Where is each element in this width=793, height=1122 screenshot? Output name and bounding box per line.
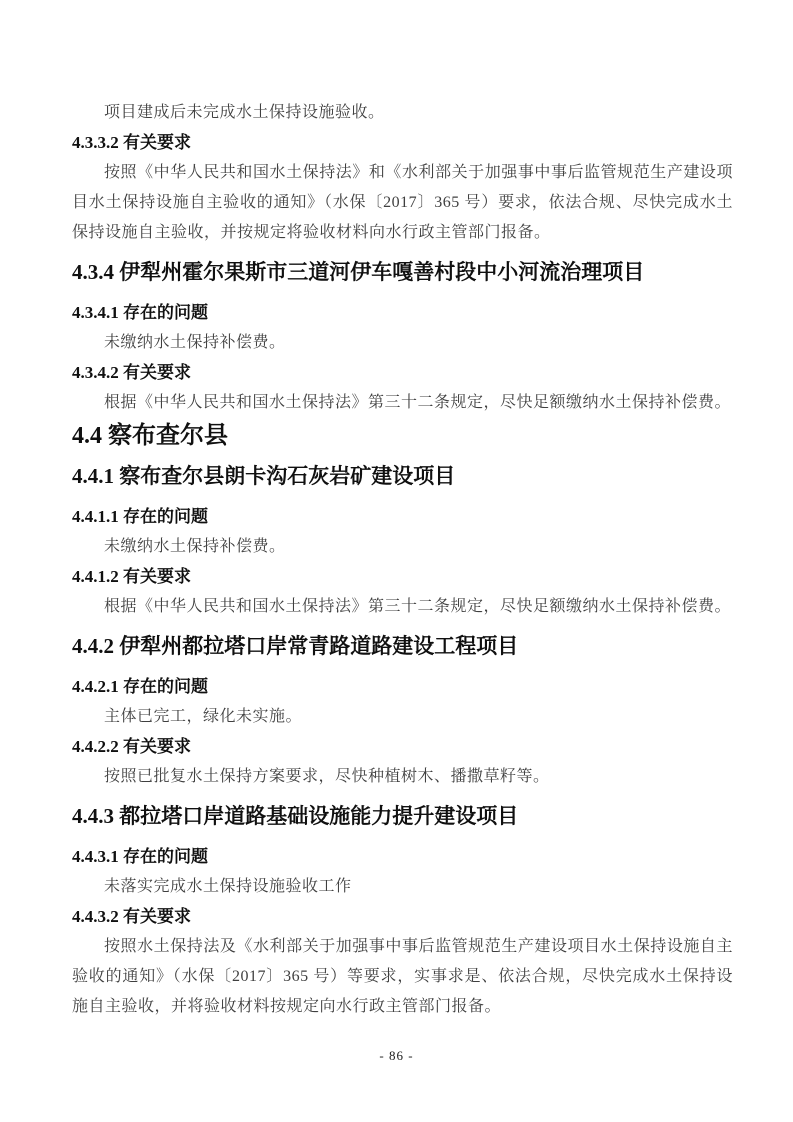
page-number: - 86 -: [0, 1048, 793, 1064]
body-paragraph: 未缴纳水土保持补偿费。: [72, 328, 733, 358]
heading-4-3-4: 4.3.4 伊犁州霍尔果斯市三道河伊车嘎善村段中小河流治理项目: [72, 256, 733, 288]
heading-4-3-4-1: 4.3.4.1 存在的问题: [72, 298, 733, 328]
heading-4-4-3-2: 4.4.3.2 有关要求: [72, 902, 733, 932]
heading-4-4-2-2: 4.4.2.2 有关要求: [72, 732, 733, 762]
body-paragraph: 按照《中华人民共和国水土保持法》和《水利部关于加强事中事后监管规范生产建设项目水…: [72, 158, 733, 248]
heading-4-4-3: 4.4.3 都拉塔口岸道路基础设施能力提升建设项目: [72, 800, 733, 832]
heading-4-4-3-1: 4.4.3.1 存在的问题: [72, 842, 733, 872]
body-paragraph: 根据《中华人民共和国水土保持法》第三十二条规定，尽快足额缴纳水土保持补偿费。: [72, 592, 733, 622]
document-page: 项目建成后未完成水土保持设施验收。 4.3.3.2 有关要求 按照《中华人民共和…: [0, 0, 793, 1122]
heading-4-4-1-2: 4.4.1.2 有关要求: [72, 562, 733, 592]
body-paragraph: 根据《中华人民共和国水土保持法》第三十二条规定，尽快足额缴纳水土保持补偿费。: [72, 388, 733, 418]
body-paragraph: 按照水土保持法及《水利部关于加强事中事后监管规范生产建设项目水土保持设施自主验收…: [72, 932, 733, 1022]
body-paragraph: 按照已批复水土保持方案要求，尽快种植树木、播撒草籽等。: [72, 762, 733, 792]
heading-4-3-3-2: 4.3.3.2 有关要求: [72, 128, 733, 158]
body-paragraph: 未缴纳水土保持补偿费。: [72, 532, 733, 562]
heading-4-4: 4.4 察布查尔县: [72, 420, 733, 452]
body-paragraph: 主体已完工，绿化未实施。: [72, 702, 733, 732]
heading-4-4-2-1: 4.4.2.1 存在的问题: [72, 672, 733, 702]
heading-4-4-2: 4.4.2 伊犁州都拉塔口岸常青路道路建设工程项目: [72, 630, 733, 662]
body-paragraph: 未落实完成水土保持设施验收工作: [72, 872, 733, 902]
heading-4-4-1: 4.4.1 察布查尔县朗卡沟石灰岩矿建设项目: [72, 460, 733, 492]
body-paragraph: 项目建成后未完成水土保持设施验收。: [72, 98, 733, 128]
heading-4-3-4-2: 4.3.4.2 有关要求: [72, 358, 733, 388]
heading-4-4-1-1: 4.4.1.1 存在的问题: [72, 502, 733, 532]
